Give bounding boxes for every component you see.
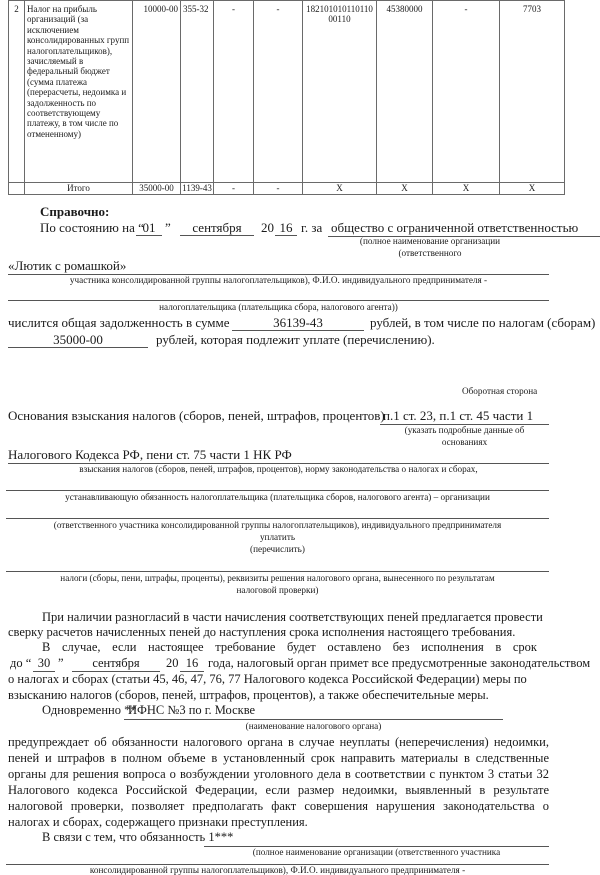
as-of-year-prefix: 20 bbox=[261, 220, 274, 236]
total-number bbox=[9, 183, 25, 195]
as-of-year-suffix[interactable]: 16 bbox=[275, 220, 297, 236]
tax-name-cell: Налог на прибыль организаций (за исключе… bbox=[25, 1, 133, 183]
total-oktmo: X bbox=[377, 183, 433, 195]
reference-heading: Справочно: bbox=[40, 204, 109, 220]
kbk-cell: 18210101011011000110 bbox=[303, 1, 377, 183]
grounds-note-9: налоговой проверки) bbox=[6, 585, 549, 595]
as-of-month[interactable]: сентября bbox=[180, 220, 254, 236]
paragraph-2-line-3: о налогах и сборах (статьи 45, 46, 47, 7… bbox=[8, 672, 527, 687]
paragraph-3-line-1: предупреждает об обязанности налогового … bbox=[8, 735, 549, 750]
grounds-note-7: (перечислить) bbox=[6, 544, 549, 554]
paragraph-3-line-3: органы для решения вопроса о возбуждении… bbox=[8, 767, 549, 782]
grounds-note-8: налоги (сборы, пени, штрафы, проценты), … bbox=[6, 573, 549, 583]
grounds-value-1[interactable]: п.1 ст. 23, п.1 ст. 45 части 1 bbox=[383, 408, 533, 424]
tax-authority-note: (наименование налогового органа) bbox=[124, 721, 503, 731]
grounds-prefix: Основания взыскания налогов (сборов, пен… bbox=[8, 408, 385, 424]
extra-cell: - bbox=[433, 1, 500, 183]
grounds-value-2[interactable]: Налогового Кодекса РФ, пени ст. 75 части… bbox=[8, 447, 292, 463]
grounds-note-5: (ответственного участника консолидирован… bbox=[6, 520, 549, 530]
penalty-cell: 355-32 bbox=[181, 1, 214, 183]
org-note-1: (полное наименование организации bbox=[330, 236, 530, 246]
deadline-month[interactable]: сентября bbox=[72, 656, 160, 671]
total-label: Итого bbox=[25, 183, 133, 195]
total-amount: 35000-00 bbox=[133, 183, 181, 195]
debt-prefix: числится общая задолженность в сумме bbox=[8, 315, 230, 331]
paragraph-3-line-5: налоговой проверки, позволяет предполага… bbox=[8, 799, 549, 814]
as-of-year-underline bbox=[275, 235, 297, 236]
debt-taxes-suffix: рублей, которая подлежит уплате (перечис… bbox=[156, 332, 435, 348]
deadline-day[interactable]: 30 bbox=[33, 656, 55, 671]
paragraph-1-line-2: сверку расчетов начисленных пеней до нас… bbox=[8, 625, 515, 640]
grounds-line-3-underline bbox=[6, 490, 549, 491]
paragraph-2-line-2-rest: года, налоговый орган примет все предусм… bbox=[208, 656, 590, 671]
total-fine: - bbox=[214, 183, 254, 195]
debt-taxes[interactable]: 35000-00 bbox=[8, 332, 148, 348]
grounds-line-5-underline bbox=[6, 571, 549, 572]
debt-taxes-underline bbox=[8, 347, 148, 348]
org-name-line1[interactable]: общество с ограниченной ответственностью bbox=[331, 220, 578, 236]
grounds-note-1: (указать подробные данные об bbox=[380, 425, 549, 435]
total-interest: - bbox=[254, 183, 303, 195]
deadline-prefix: до “ bbox=[10, 656, 31, 671]
reverse-side-label: Оборотная сторона bbox=[462, 386, 537, 396]
total-kbk: X bbox=[303, 183, 377, 195]
row-number: 2 bbox=[9, 1, 25, 183]
paragraph-2-line-1: В случае, если настоящее требование буде… bbox=[42, 640, 537, 655]
paragraph-3-line-4: Налогового кодекса Российской Федерации,… bbox=[8, 783, 549, 798]
debt-total[interactable]: 36139-43 bbox=[232, 315, 364, 331]
as-of-prefix: По состоянию на “ bbox=[40, 220, 144, 236]
total-penalty: 1139-43 bbox=[181, 183, 214, 195]
paragraph-2-line-4: взысканию налогов (сборов, пеней, штрафо… bbox=[8, 688, 489, 703]
table-total-row: Итого 35000-00 1139-43 - - X X X X bbox=[9, 183, 565, 195]
org-name-line2[interactable]: «Лютик с ромашкой» bbox=[8, 258, 126, 274]
grounds-note-3: взыскания налогов (сборов, пеней, штрафо… bbox=[8, 464, 549, 474]
paragraph-3-line-2: пеней и штрафов в полном объеме в устано… bbox=[8, 751, 549, 766]
org-note-2: (ответственного bbox=[330, 248, 530, 258]
simultaneously-prefix: Одновременно ** bbox=[42, 703, 137, 718]
deadline-year-suffix[interactable]: 16 bbox=[180, 656, 204, 671]
code-cell: 7703 bbox=[500, 1, 565, 183]
interest-cell: - bbox=[254, 1, 303, 183]
debt-total-underline bbox=[232, 330, 364, 331]
table-row: 2 Налог на прибыль организаций (за исклю… bbox=[9, 1, 565, 183]
total-code: X bbox=[500, 183, 565, 195]
paragraph-4-note-1: (полное наименование организации (ответс… bbox=[204, 847, 549, 857]
tax-authority[interactable]: ИФНС №3 по г. Москве bbox=[128, 703, 255, 718]
grounds-note-2: основаниях bbox=[380, 437, 549, 447]
as-of-quote-close: ” bbox=[165, 220, 171, 236]
as-of-day-underline bbox=[136, 235, 162, 236]
grounds-line-4-underline bbox=[6, 518, 549, 519]
deadline-year-prefix: 20 bbox=[166, 656, 179, 671]
total-extra: X bbox=[433, 183, 500, 195]
as-of-day[interactable]: 01 bbox=[136, 220, 162, 236]
grounds-note-4: устанавливающую обязанность налогоплател… bbox=[6, 492, 549, 502]
paragraph-4-note-2: консолидированной группы налогоплательщи… bbox=[6, 865, 549, 875]
debt-suffix: рублей, в том числе по налогам (сборам) bbox=[370, 315, 595, 331]
tax-authority-underline bbox=[124, 719, 503, 720]
org-note-3: участника консолидированной группы налог… bbox=[8, 275, 549, 285]
deadline-quote-close: ” bbox=[58, 656, 64, 671]
amount-cell: 10000-00 bbox=[133, 1, 181, 183]
oktmo-cell: 45380000 bbox=[377, 1, 433, 183]
tax-debt-table: 2 Налог на прибыль организаций (за исклю… bbox=[8, 0, 565, 195]
org-note-4: налогоплательщика (плательщика сбора, на… bbox=[8, 302, 549, 312]
org-name-line3-underline bbox=[8, 300, 549, 301]
grounds-note-6: уплатить bbox=[6, 532, 549, 542]
for-label: г. за bbox=[301, 220, 322, 236]
fine-cell: - bbox=[214, 1, 254, 183]
as-of-month-underline bbox=[180, 235, 254, 236]
paragraph-1-line-1: При наличии разногласий в части начислен… bbox=[42, 610, 543, 625]
paragraph-4-prefix: В связи с тем, что обязанность 1*** bbox=[42, 830, 233, 845]
paragraph-3-line-6: налогах и сборах, содержащего признаки п… bbox=[8, 815, 308, 830]
